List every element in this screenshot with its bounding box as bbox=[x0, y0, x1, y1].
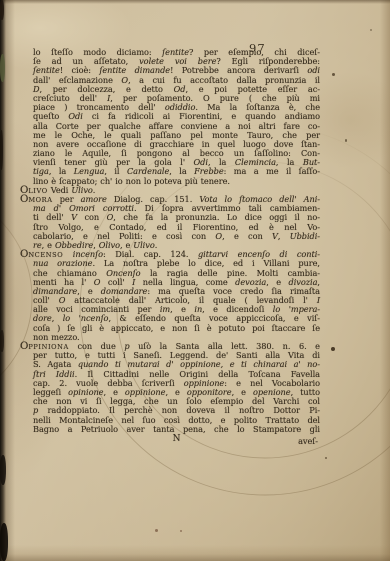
catchword: aveſ- bbox=[298, 437, 318, 446]
footer-line: Naveſ- bbox=[33, 434, 320, 445]
ink-speck bbox=[345, 139, 347, 142]
ink-speck bbox=[325, 457, 327, 459]
text-line: Bagno a Petriuolo aver tanta pena, che l… bbox=[33, 425, 320, 434]
ink-speck bbox=[370, 29, 372, 31]
book-page-scan: 97 lo ſteſſo modo diciamo: ſentite? per … bbox=[0, 0, 390, 561]
gutter-stain bbox=[0, 523, 8, 561]
gutter-stain bbox=[0, 54, 5, 82]
gutter-stain bbox=[0, 455, 6, 485]
text-block: lo ſteſſo modo diciamo: ſentite? per eſe… bbox=[33, 48, 320, 445]
gutter-stain bbox=[0, 0, 4, 20]
ink-speck bbox=[331, 347, 335, 351]
ink-speck bbox=[155, 529, 158, 532]
ink-speck bbox=[180, 530, 182, 532]
ink-speck bbox=[332, 73, 335, 76]
gutter-stain bbox=[0, 330, 4, 352]
gutter-stain bbox=[0, 130, 3, 170]
signature-mark: N bbox=[33, 435, 320, 444]
